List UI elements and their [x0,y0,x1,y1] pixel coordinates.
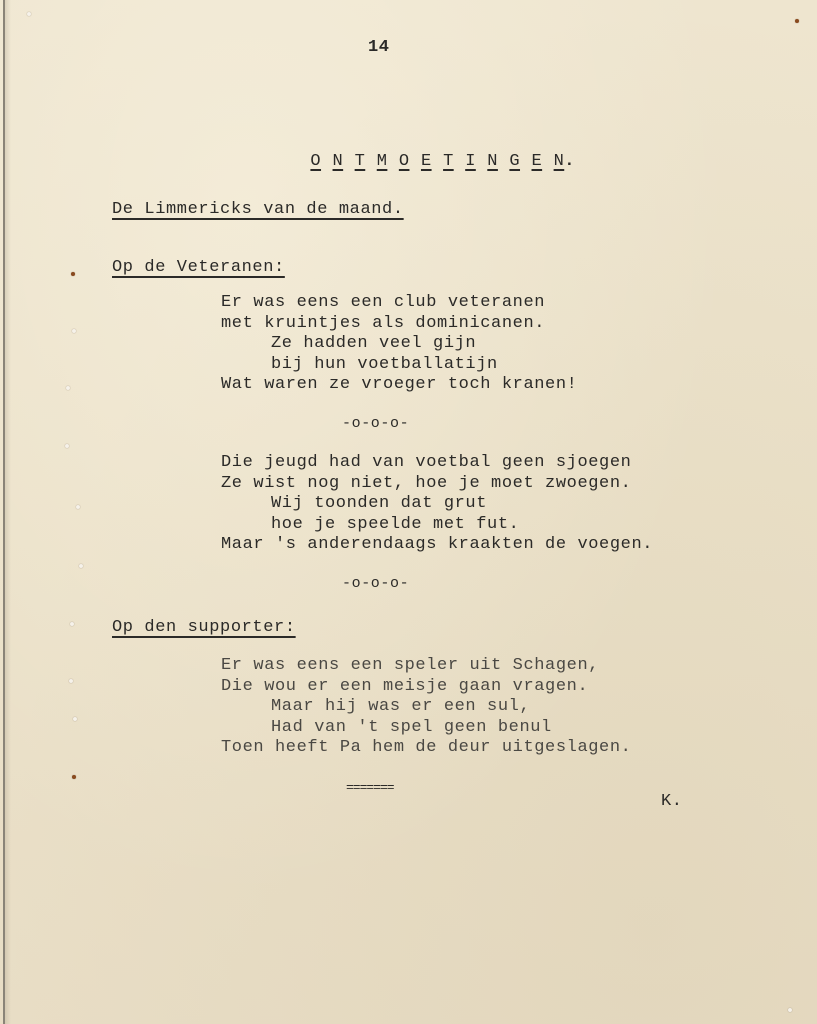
punch-hole [69,679,73,683]
verse-line: met kruintjes als dominicanen. [221,314,577,335]
limerick-veterans-1: Er was eens een club veteranen met kruin… [221,293,577,396]
punch-hole [79,564,83,568]
verse-line: Had van 't spel geen benul [221,718,631,739]
punch-hole [66,386,70,390]
title-letter: N [554,152,565,172]
title-letter: N [333,152,344,172]
title-letter: I [465,152,476,172]
punch-hole [788,1008,792,1012]
limerick-veterans-2: Die jeugd had van voetbal geen sjoegen Z… [221,453,653,556]
title-period: . [564,152,575,171]
verse-line: Er was eens een club veteranen [221,293,577,314]
punch-hole [73,717,77,721]
verse-line: hoe je speelde met fut. [221,515,653,536]
rust-spot [72,775,76,779]
punch-hole [76,505,80,509]
page-title: ONTMOETINGEN. [268,132,575,192]
page-number: 14 [368,38,390,58]
title-letter: O [399,152,410,172]
rust-spot [71,272,75,276]
title-letter: T [443,152,454,172]
verse-line: Die wou er een meisje gaan vragen. [221,677,631,698]
verse-line: Wij toonden dat grut [221,494,653,515]
verse-line: Ze hadden veel gijn [221,334,577,355]
verse-line: Maar 's anderendaags kraakten de voegen. [221,535,653,556]
title-letter: G [509,152,520,172]
verse-line: Wat waren ze vroeger toch kranen! [221,375,577,396]
stanza-separator: -o-o-o- [342,414,409,434]
punch-hole [65,444,69,448]
title-letter: T [355,152,366,172]
title-letter: E [421,152,432,172]
signature: K. [661,792,683,812]
verse-line: Die jeugd had van voetbal geen sjoegen [221,453,653,474]
typewritten-page: 14 ONTMOETINGEN. De Limmericks van de ma… [0,0,817,1024]
rust-spot [795,19,799,23]
stanza-separator: -o-o-o- [342,574,409,594]
main-heading: De Limmericks van de maand. [112,200,404,220]
title-letter: E [532,152,543,172]
verse-line: bij hun voetballatijn [221,355,577,376]
end-rule: ======= [346,778,394,798]
verse-line: Maar hij was er een sul, [221,697,631,718]
paper-edge-shadow [5,0,11,1024]
verse-line: Ze wist nog niet, hoe je moet zwoegen. [221,474,653,495]
title-letter: M [377,152,388,172]
verse-line: Toen heeft Pa hem de deur uitgeslagen. [221,738,631,759]
section-heading-veterans: Op de Veteranen: [112,258,285,278]
title-letter: O [310,152,321,172]
punch-hole [27,12,31,16]
punch-hole [70,622,74,626]
verse-line: Er was eens een speler uit Schagen, [221,656,631,677]
title-letter: N [487,152,498,172]
limerick-supporter: Er was eens een speler uit Schagen, Die … [221,656,631,759]
section-heading-supporter: Op den supporter: [112,618,296,638]
punch-hole [72,329,76,333]
